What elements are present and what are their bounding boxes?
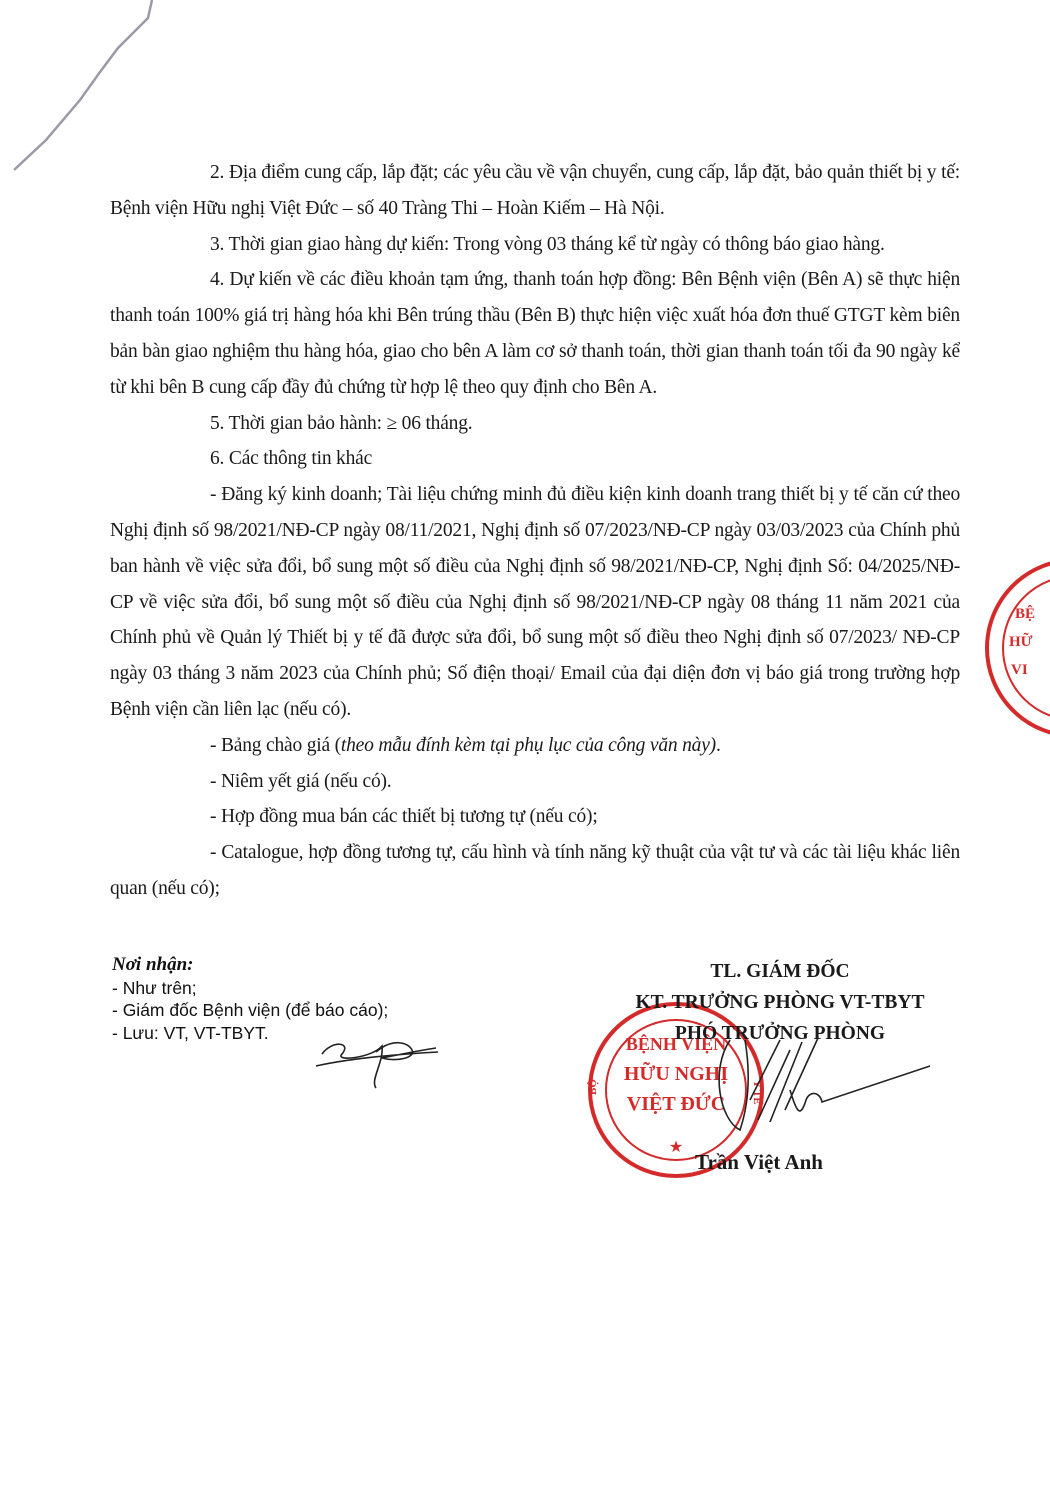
partial-stamp-right-edge: BỆ HỮ VI: [985, 548, 1050, 748]
paragraph-price-listing: - Niêm yết giá (nếu có).: [110, 764, 960, 800]
recipient-item: - Giám đốc Bệnh viện (để báo cáo);: [112, 999, 388, 1022]
stamp-side-left: BỘ: [586, 1079, 599, 1095]
partial-stamp-line-1: BỆ: [1015, 605, 1035, 622]
initials-signature: [312, 1032, 442, 1092]
document-body: 2. Địa điểm cung cấp, lắp đặt; các yêu c…: [110, 155, 960, 907]
recipients-block: Nơi nhận: - Như trên; - Giám đốc Bệnh vi…: [112, 954, 388, 1044]
paragraph-other-info-heading: 6. Các thông tin khác: [110, 441, 960, 477]
price-quote-prefix: - Bảng chào giá (: [210, 735, 341, 756]
price-quote-suffix: .: [716, 735, 721, 756]
signature-title-2: KT. TRƯỞNG PHÒNG VT-TBYT: [580, 987, 980, 1018]
paragraph-catalogue: - Catalogue, hợp đồng tương tự, cấu hình…: [110, 835, 960, 907]
paragraph-business-registration: - Đăng ký kinh doanh; Tài liệu chứng min…: [110, 477, 960, 728]
paragraph-payment-terms: 4. Dự kiến về các điều khoản tạm ứng, th…: [110, 262, 960, 405]
handwritten-signature: [690, 1030, 940, 1140]
paragraph-delivery-time: 3. Thời gian giao hàng dự kiến: Trong vò…: [110, 227, 960, 263]
signature-title-1: TL. GIÁM ĐỐC: [580, 956, 980, 987]
paragraph-warranty: 5. Thời gian bảo hành: ≥ 06 tháng.: [110, 406, 960, 442]
partial-stamp-line-3: VI: [1011, 662, 1028, 678]
price-quote-italic: theo mẫu đính kèm tại phụ lục của công v…: [341, 735, 716, 756]
recipients-title: Nơi nhận:: [112, 954, 388, 977]
partial-stamp-line-2: HỮ: [1009, 632, 1033, 650]
stamp-star-icon: ★: [669, 1139, 683, 1156]
paragraph-similar-contracts: - Hợp đồng mua bán các thiết bị tương tự…: [110, 799, 960, 835]
paragraph-price-quote: - Bảng chào giá (theo mẫu đính kèm tại p…: [110, 728, 960, 764]
paragraph-delivery-location: 2. Địa điểm cung cấp, lắp đặt; các yêu c…: [110, 155, 960, 227]
recipient-item: - Như trên;: [112, 977, 388, 1000]
signer-name: Trần Việt Anh: [695, 1150, 823, 1175]
